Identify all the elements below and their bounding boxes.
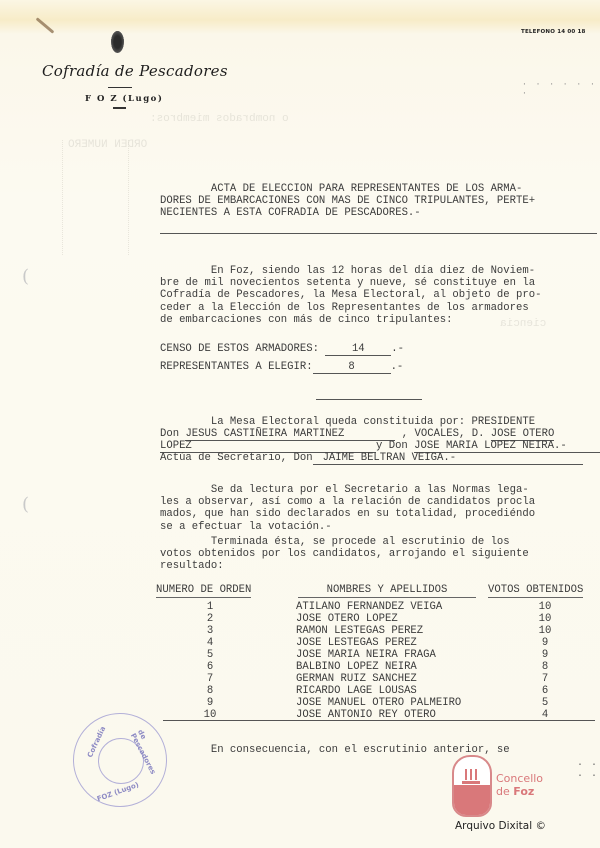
pencil-mark xyxy=(36,17,55,33)
table-row: 2JOSE OTERO LOPEZ10 xyxy=(150,613,600,625)
phone-number: TELEFONO 14 00 18 xyxy=(521,29,586,35)
representatives-value: 8 xyxy=(313,361,391,374)
candidate-name: RICARDO LAGE LOUSAS xyxy=(296,685,417,697)
order-number: 8 xyxy=(150,685,270,697)
punch-hole-mark: ( xyxy=(22,266,29,287)
candidate-name: BALBINO LOPEZ NEIRA xyxy=(296,661,417,673)
watermark-town: Foz xyxy=(513,785,534,798)
vote-count: 8 xyxy=(495,661,595,673)
candidate-name: ATILANO FERNANDEZ VEIGA xyxy=(296,601,442,613)
order-number: 4 xyxy=(150,637,270,649)
document-page: o nombrados miembros: ORDEN NUMERO cienc… xyxy=(0,0,600,848)
watermark-prefix: de xyxy=(496,785,513,798)
stamp-text: FOZ (Lugo) xyxy=(96,781,140,804)
order-number: 2 xyxy=(150,613,270,625)
vote-count: 9 xyxy=(495,649,595,661)
secretary-name: JAIME BELTRAN VEIGA.- xyxy=(313,452,583,465)
table-row: 9JOSE MANUEL OTERO PALMEIRO5 xyxy=(150,697,600,709)
document-title-line: ACTA DE ELECCION PARA REPRESENTANTES DE … xyxy=(160,183,522,195)
reading-line: Se da lectura por el Secretario a las No… xyxy=(160,484,529,496)
column-header-votes: VOTOS OBTENIDOS xyxy=(488,584,583,598)
census-label: CENSO DE ESTOS ARMADORES: xyxy=(160,343,319,355)
candidate-name: RAMON LESTEGAS PEREZ xyxy=(296,625,423,637)
reading-line: se a efectuar la votación.- xyxy=(160,521,332,533)
vote-count: 10 xyxy=(495,601,595,613)
official-stamp: Cofradía de Pescadores FOZ (Lugo) xyxy=(73,713,167,807)
census-suffix: .- xyxy=(391,343,404,355)
vote-count: 10 xyxy=(495,613,595,625)
board-line: La Mesa Electoral queda constituida por:… xyxy=(160,416,535,428)
vote-count: 7 xyxy=(495,673,595,685)
intro-line: Cofradía de Pescadores, la Mesa Electora… xyxy=(160,289,541,301)
intro-line: bre de mil novecientos setenta y nueve, … xyxy=(160,277,535,289)
board-text: Don xyxy=(160,428,185,440)
counting-line: resultado: xyxy=(160,560,224,572)
counting-line: Terminada ésta, se procede al escrutinio… xyxy=(160,536,510,548)
vote-count: 9 xyxy=(495,637,595,649)
intro-line: de embarcaciones con más de cinco tripul… xyxy=(160,314,452,326)
census-line: CENSO DE ESTOS ARMADORES: 14.- xyxy=(160,343,404,356)
order-number: 6 xyxy=(150,661,270,673)
intro-line: ceder a la Elección de los Representante… xyxy=(160,302,529,314)
table-row: 7GERMAN RUIZ SANCHEZ7 xyxy=(150,673,600,685)
vote-count: 5 xyxy=(495,697,595,709)
results-table-header: NUMERO DE ORDEN NOMBRES Y APELLIDOS VOTO… xyxy=(150,584,600,596)
representatives-suffix: .- xyxy=(391,361,404,373)
document-title-line: NECIENTES A ESTA COFRADIA DE PESCADORES.… xyxy=(160,207,421,219)
reading-line: mados, que han sido declarados en su tot… xyxy=(160,508,535,520)
concello-foz-logo-icon xyxy=(452,755,492,817)
intro-line: En Foz, siendo las 12 horas del día diez… xyxy=(160,265,535,277)
reading-line: les a observar, así como a la relación d… xyxy=(160,496,535,508)
divider xyxy=(316,399,422,400)
table-row: 4JOSE LESTEGAS PEREZ9 xyxy=(150,637,600,649)
vote-count: 10 xyxy=(495,625,595,637)
order-number: 7 xyxy=(150,673,270,685)
bleed-through-text: o nombrados miembros: xyxy=(150,113,289,125)
table-row: 8RICARDO LAGE LOUSAS6 xyxy=(150,685,600,697)
census-value: 14 xyxy=(325,343,391,356)
ship-mast xyxy=(465,769,467,780)
candidate-name: JOSE MANUEL OTERO PALMEIRO xyxy=(296,697,461,709)
watermark-line: Concello xyxy=(496,772,543,785)
divider xyxy=(113,107,126,109)
watermark-line: de Foz xyxy=(496,785,543,798)
archive-credit: Arquivo Dixital © xyxy=(455,820,546,832)
representatives-label: REPRESENTANTES A ELEGIR: xyxy=(160,361,313,373)
divider xyxy=(108,87,132,88)
vote-count: 6 xyxy=(495,685,595,697)
order-number: 3 xyxy=(150,625,270,637)
table-row: 1ATILANO FERNANDEZ VEIGA10 xyxy=(150,601,600,613)
organization-location: F O Z (Lugo) xyxy=(85,94,163,104)
ship-icon xyxy=(462,769,480,784)
board-text: Actúa de Secretario, Don xyxy=(160,452,313,464)
coat-of-arms-icon xyxy=(111,31,124,53)
column-header-name: NOMBRES Y APELLIDOS xyxy=(298,584,476,598)
dotted-mark: · · · · · · · xyxy=(522,80,600,98)
representatives-line: REPRESENTANTES A ELEGIR:8.- xyxy=(160,361,403,374)
document-title-line: DORES DE EMBARCACIONES CON MAS DE CINCO … xyxy=(160,195,535,207)
conclusion-line: En consecuencia, con el escrutinio anter… xyxy=(160,744,510,756)
order-number: 1 xyxy=(150,601,270,613)
candidate-name: GERMAN RUIZ SANCHEZ xyxy=(296,673,417,685)
table-row: 5JOSE MARIA NEIRA FRAGA9 xyxy=(150,649,600,661)
watermark-label: Concello de Foz xyxy=(496,772,543,798)
board-text: y Don xyxy=(376,440,414,452)
candidate-name: JOSE LESTEGAS PEREZ xyxy=(296,637,417,649)
table-row: 3RAMON LESTEGAS PEREZ10 xyxy=(150,625,600,637)
table-row: 6BALBINO LOPEZ NEIRA8 xyxy=(150,661,600,673)
column-header-order: NUMERO DE ORDEN xyxy=(156,584,251,598)
candidate-name: JOSE MARIA NEIRA FRAGA xyxy=(296,649,436,661)
ship-mast xyxy=(475,769,477,780)
bleed-through-text: ciencia xyxy=(500,318,546,330)
order-number: 9 xyxy=(150,697,270,709)
counting-line: votos obtenidos por los candidatos, arro… xyxy=(160,548,529,560)
board-text: , VOCALES, D. xyxy=(395,428,490,440)
candidate-name: JOSE OTERO LOPEZ xyxy=(296,613,398,625)
dotted-mark: · · · · xyxy=(577,760,600,782)
order-number: 5 xyxy=(150,649,270,661)
table-bottom-rule xyxy=(163,720,595,721)
ship-mast xyxy=(470,769,472,780)
board-line: Actúa de Secretario, DonJAIME BELTRAN VE… xyxy=(160,452,583,465)
divider xyxy=(160,233,597,234)
logo-lower-band xyxy=(454,785,490,815)
organization-name: Cofradía de Pescadores xyxy=(42,62,228,80)
punch-hole-mark: ( xyxy=(22,494,29,515)
bleed-through-table xyxy=(62,140,129,255)
